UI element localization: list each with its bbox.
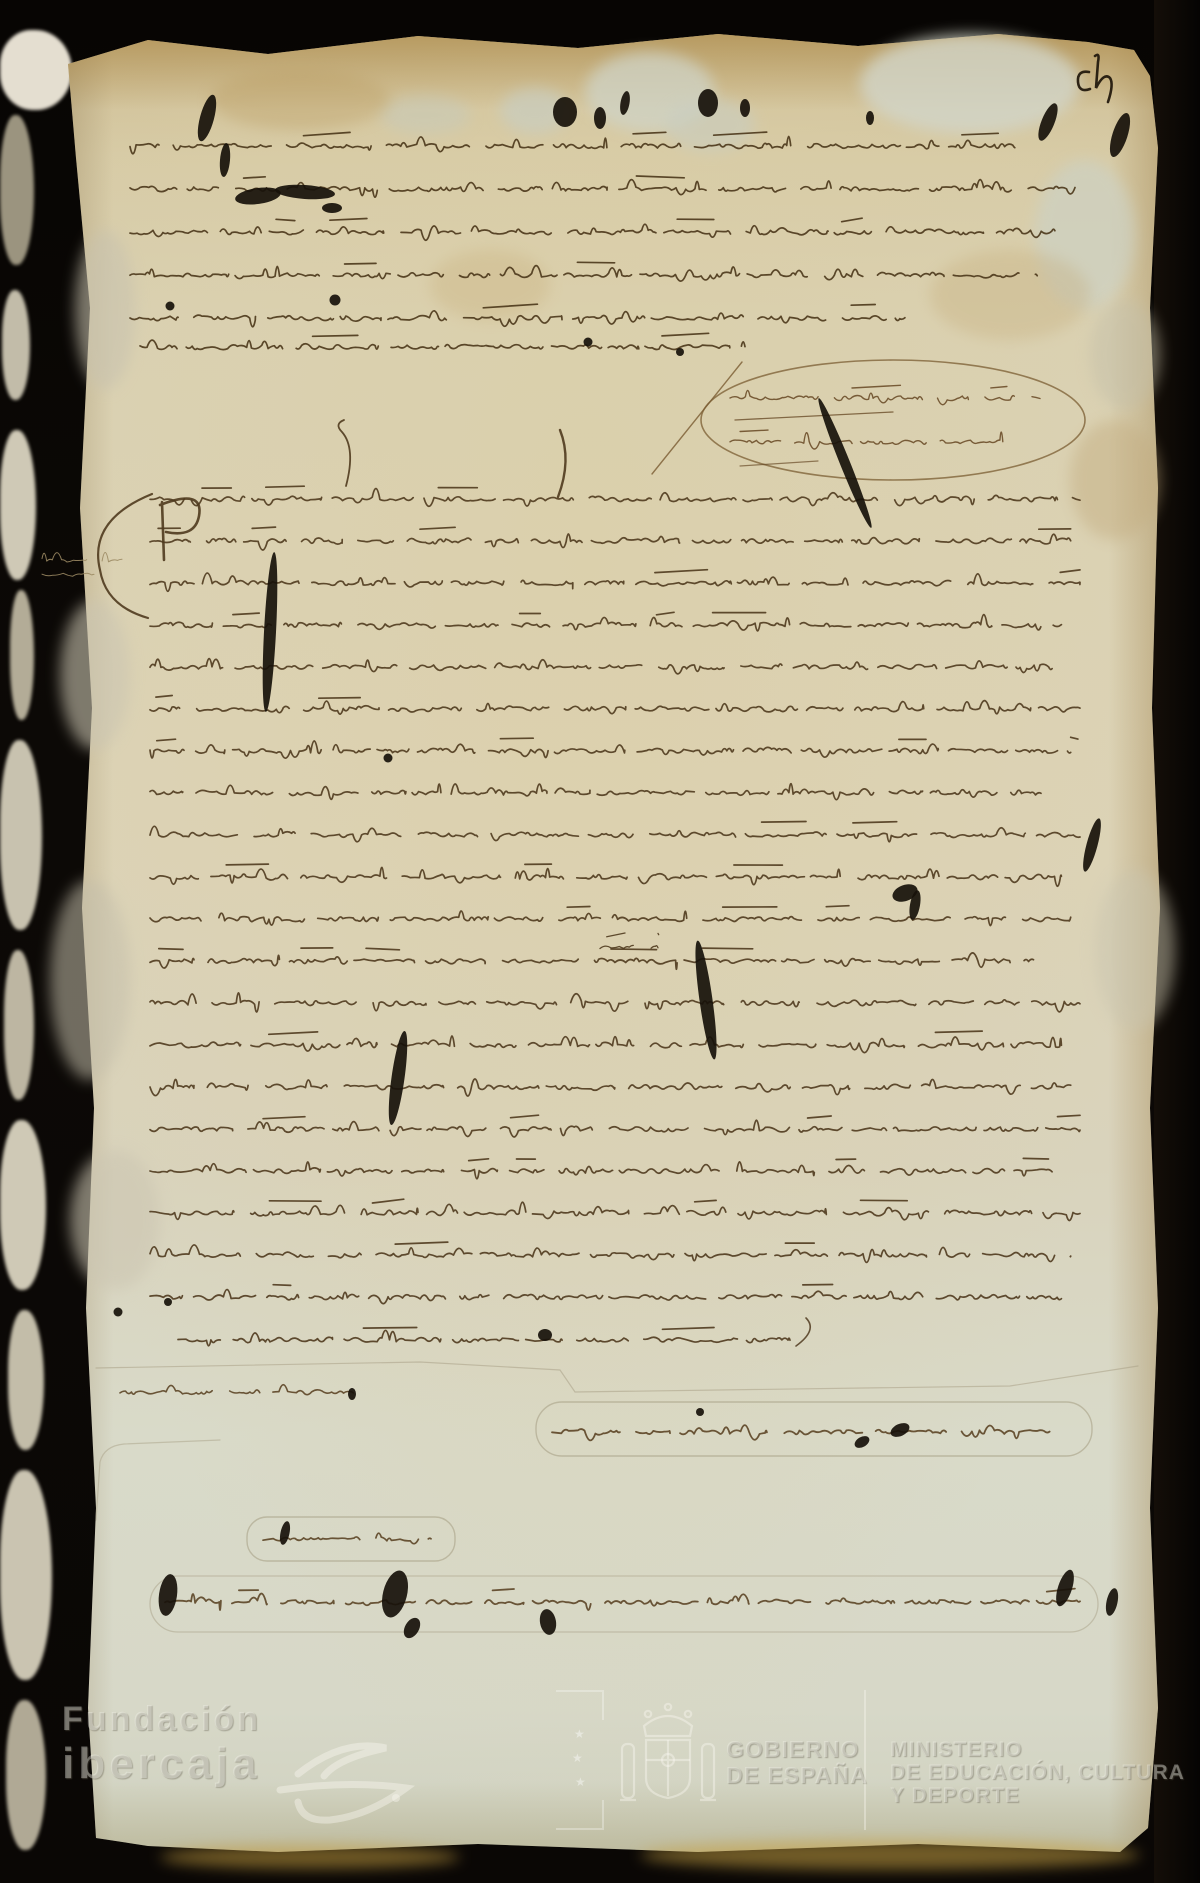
ink-blot	[278, 1520, 292, 1545]
ink-blot	[1104, 1587, 1121, 1617]
handwriting-line-main-block	[150, 1199, 1080, 1220]
watermark-ministerio-line3: Y DEPORTE	[890, 1784, 1185, 1807]
handwriting-line-interlinear-word	[600, 933, 659, 949]
ink-flourish	[796, 1318, 810, 1346]
ink-blot	[553, 97, 577, 127]
handwriting-line-margin-note	[42, 553, 122, 562]
ink-flourish	[740, 461, 818, 466]
ink-blot	[156, 1573, 180, 1617]
handwriting-line-duplicata-note	[120, 1385, 353, 1395]
handwriting-line-main-block	[150, 822, 1080, 842]
star-icon: ★	[572, 1751, 583, 1765]
watermark-fundacion-line2: ibercaja	[62, 1742, 261, 1786]
handwriting-line-main-block	[150, 1031, 1061, 1053]
handwriting-line-main-block	[150, 612, 1061, 631]
ink-flourish	[558, 430, 566, 497]
ink-blot	[538, 1329, 552, 1341]
handwriting-line-registratura-note	[552, 1425, 1050, 1440]
annotation-cartouche-outline	[536, 1402, 1092, 1456]
watermark-gobierno-line1: GOBIERNO	[726, 1736, 868, 1762]
handwriting-line-main-block	[150, 527, 1071, 550]
handwriting-line-notarial-note-1	[730, 430, 1003, 449]
ink-blot	[696, 1408, 704, 1416]
ink-blot	[260, 552, 280, 712]
handwriting-line-top-block	[130, 218, 1055, 240]
ink-blot	[1106, 111, 1134, 159]
handwriting-line-main-block	[150, 570, 1080, 592]
handwriting-line-main-date-line	[178, 1328, 790, 1346]
ink-blot	[114, 1308, 123, 1317]
ink-blot	[594, 107, 606, 129]
ink-blot	[166, 302, 175, 311]
handwriting-line-top-block	[130, 304, 905, 327]
handwriting-line-margin-note	[42, 573, 94, 576]
handwriting-line-top-block	[130, 262, 1037, 281]
ink-flourish	[1078, 55, 1112, 102]
handwriting-line-main-block	[150, 864, 1061, 886]
ink-blot	[698, 89, 718, 117]
manuscript-photo: 4 Fundación ibercaja ★ ★ ★ GOBIERNO DE E…	[0, 0, 1200, 1883]
handwriting-line-main-block	[150, 1285, 1061, 1304]
ink-flourish	[96, 1362, 1138, 1392]
handwriting-line-main-block	[150, 1242, 1071, 1262]
ink-flourish	[98, 494, 152, 618]
ink-blot	[219, 143, 232, 178]
ink-blot	[618, 90, 631, 115]
ink-flourish	[652, 362, 742, 474]
eu-frame-corner-top	[556, 1690, 604, 1720]
ink-blot	[400, 1615, 423, 1641]
handwriting-line-main-block	[150, 1158, 1052, 1178]
ink-blot	[866, 111, 874, 125]
spain-coat-of-arms-icon	[616, 1700, 720, 1818]
handwriting-line-main-block	[150, 659, 1052, 674]
handwriting-line-main-block	[150, 1079, 1071, 1096]
ibercaja-logo-icon	[268, 1732, 418, 1832]
watermark-gobierno-line2: DE ESPAÑA	[726, 1762, 868, 1788]
handwriting-line-main-block	[150, 696, 1080, 715]
handwriting-line-main-block	[150, 993, 1080, 1012]
handwriting-line-main-block	[150, 906, 1071, 926]
ink-blot	[384, 754, 393, 763]
ink-blot	[275, 183, 336, 201]
handwriting-line-top-block	[130, 132, 1015, 154]
handwriting-line-notarial-note-1	[730, 385, 1040, 404]
watermark-divider	[864, 1690, 866, 1830]
ink-blot	[584, 338, 593, 347]
annotation-oval-outline	[701, 360, 1085, 480]
ink-flourish	[160, 499, 200, 560]
ink-blot	[164, 1298, 172, 1306]
star-icon: ★	[575, 1775, 586, 1789]
ink-blot	[1034, 101, 1061, 143]
watermark-ministerio-line2: DE EDUCACIÓN, CULTURA	[890, 1761, 1185, 1784]
watermark-gobierno: GOBIERNO DE ESPAÑA	[726, 1736, 868, 1788]
handwriting-line-top-date-line	[140, 333, 745, 349]
watermark-ministerio: MINISTERIO DE EDUCACIÓN, CULTURA Y DEPOR…	[890, 1738, 1185, 1807]
ink-blot	[853, 1434, 872, 1451]
ink-blot	[322, 203, 342, 213]
watermark-ministerio-line1: MINISTERIO	[890, 1738, 1185, 1761]
annotation-cartouche-outline	[150, 1576, 1098, 1632]
ink-blot	[888, 1420, 911, 1439]
ink-blot	[330, 295, 341, 306]
ink-blot	[676, 348, 684, 356]
ink-flourish	[338, 420, 350, 486]
handwriting-line-main-block	[150, 737, 1078, 758]
ink-blot	[194, 93, 220, 143]
ink-flourish	[735, 412, 893, 420]
ink-blot	[740, 99, 750, 117]
watermark-fundacion-line1: Fundación	[62, 1702, 261, 1736]
ink-blot	[1080, 817, 1105, 873]
ink-blot	[348, 1388, 356, 1400]
handwriting-line-main-block	[150, 784, 1041, 800]
handwriting-line-main-block	[150, 1115, 1080, 1137]
star-icon: ★	[574, 1727, 585, 1741]
handwriting-line-bottom-line	[165, 1589, 1080, 1610]
handwriting-line-main-block	[150, 948, 1034, 969]
eu-frame-corner-bottom	[556, 1800, 604, 1830]
ink-blot	[814, 396, 876, 530]
handwriting-ink-layer	[0, 0, 1200, 1883]
watermark-fundacion-ibercaja: Fundación ibercaja	[62, 1702, 261, 1786]
handwriting-line-main-block	[150, 486, 1080, 506]
ink-flourish	[96, 1440, 220, 1520]
